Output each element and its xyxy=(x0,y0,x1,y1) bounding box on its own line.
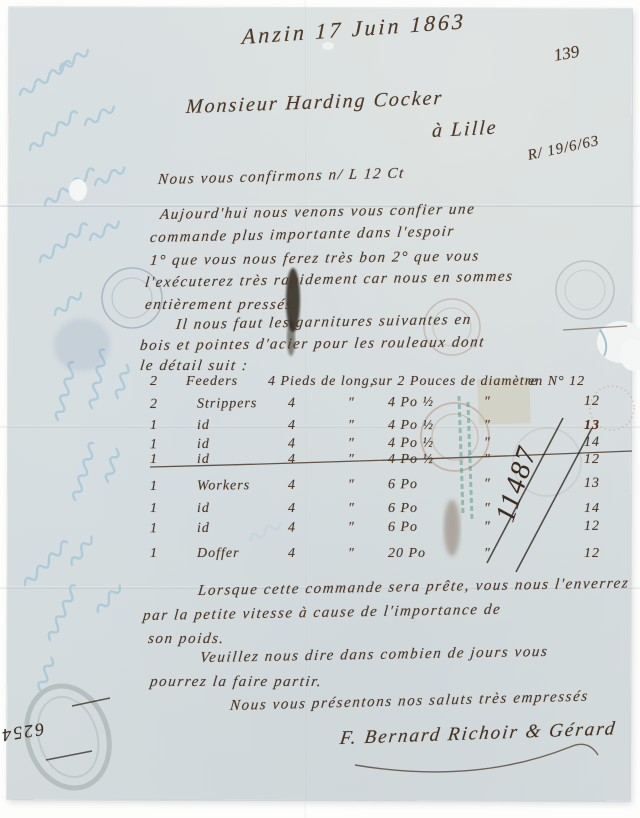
length-cell: 4 Pieds de long, xyxy=(268,374,374,390)
gauge-cell: 13 xyxy=(584,418,600,434)
ditto-mark: ″ xyxy=(484,519,491,535)
item-cell: id xyxy=(197,521,210,537)
para-delai-line: pourrez la faire partir. xyxy=(149,674,323,691)
item-cell: id xyxy=(197,437,210,453)
gauge-cell: 14 xyxy=(584,501,600,517)
order-row: 1 id 4 ″ 6 Po ″ 12 xyxy=(0,519,640,544)
gauge-cell: 12 xyxy=(584,519,600,535)
diameter-cell: 6 Po xyxy=(388,520,418,536)
gauge-cell: 13 xyxy=(584,476,600,492)
diameter-cell: 20 Po xyxy=(388,546,426,562)
length-cell: 4 xyxy=(288,418,296,434)
order-row: 1 Workers 4 ″ 6 Po ″ 13 xyxy=(0,476,640,502)
ditto-mark: ″ xyxy=(348,436,355,452)
ditto-mark: ″ xyxy=(484,452,491,468)
ditto-mark: ″ xyxy=(348,452,355,468)
ditto-mark: ″ xyxy=(348,478,355,494)
gauge-cell: 14 xyxy=(584,435,600,451)
qty-cell: 1 xyxy=(150,418,158,434)
para-expedition-line: son poids. xyxy=(147,631,226,648)
order-row: 1 Doffer 4 ″ 20 Po ″ 12 xyxy=(0,546,640,568)
para-garnitures-line: bois et pointes d'acier pour les rouleau… xyxy=(139,334,486,355)
item-cell: id xyxy=(197,452,210,468)
diameter-cell: 4 Po ½ xyxy=(388,436,434,452)
diameter-cell: 6 Po xyxy=(388,477,418,493)
order-row: 1 id 4 ″ 4 Po ½ ″ 12 xyxy=(0,452,640,474)
order-table-header: 2 Feeders 4 Pieds de long, sur 2 Pouces … xyxy=(0,374,640,396)
ditto-mark: ″ xyxy=(484,435,491,451)
ditto-mark: ″ xyxy=(484,477,491,493)
ditto-mark: ″ xyxy=(484,395,491,411)
gauge-cell: 12 xyxy=(584,394,600,410)
length-cell: 4 xyxy=(288,396,296,412)
gauge-cell: 12 xyxy=(584,452,600,468)
qty-cell: 2 xyxy=(150,374,158,390)
item-cell: Doffer xyxy=(197,546,240,562)
diameter-cell: sur 2 Pouces de diamètre xyxy=(372,374,538,390)
item-cell: id xyxy=(197,501,210,517)
length-cell: 4 xyxy=(288,478,296,494)
qty-cell: 1 xyxy=(150,546,158,562)
ditto-mark: ″ xyxy=(348,396,355,412)
length-cell: 4 xyxy=(288,436,296,452)
para-commande-line: entièrement pressés. xyxy=(144,297,299,314)
length-cell: 4 xyxy=(288,520,296,536)
length-cell: 4 xyxy=(288,452,296,468)
order-row: 2 Strippers 4 ″ 4 Po ½ ″ 12 xyxy=(0,394,640,420)
diameter-cell: 6 Po xyxy=(388,501,418,517)
length-cell: 4 xyxy=(288,501,296,517)
ditto-mark: ″ xyxy=(348,418,355,434)
item-cell: Strippers xyxy=(197,396,257,412)
ditto-mark: ″ xyxy=(484,418,491,434)
diameter-cell: 4 Po ½ xyxy=(388,452,434,468)
ditto-mark: ″ xyxy=(484,546,491,562)
item-cell: Workers xyxy=(197,478,250,494)
gauge-cell: 12 xyxy=(584,546,600,562)
diameter-cell: 4 Po ½ xyxy=(388,395,434,411)
diameter-cell: 4 Po ½ xyxy=(388,418,434,434)
para-garnitures-line: le détail suit : xyxy=(139,358,250,375)
qty-cell: 2 xyxy=(150,397,158,413)
qty-cell: 1 xyxy=(150,437,158,453)
qty-cell: 1 xyxy=(150,452,158,468)
letter-scan: Anzin 17 Juin 1863 139 Monsieur Harding … xyxy=(0,0,640,818)
length-cell: 4 xyxy=(288,546,296,562)
gauge-cell: en N° 12 xyxy=(528,374,585,390)
ditto-mark: ″ xyxy=(348,546,355,562)
item-cell: id xyxy=(197,418,210,434)
recipient-city: à Lille xyxy=(431,117,498,144)
item-cell: Feeders xyxy=(186,374,238,390)
qty-cell: 1 xyxy=(150,479,158,495)
ditto-mark: ″ xyxy=(348,520,355,536)
qty-cell: 1 xyxy=(150,501,158,517)
ditto-mark: ″ xyxy=(348,501,355,517)
qty-cell: 1 xyxy=(150,521,158,537)
